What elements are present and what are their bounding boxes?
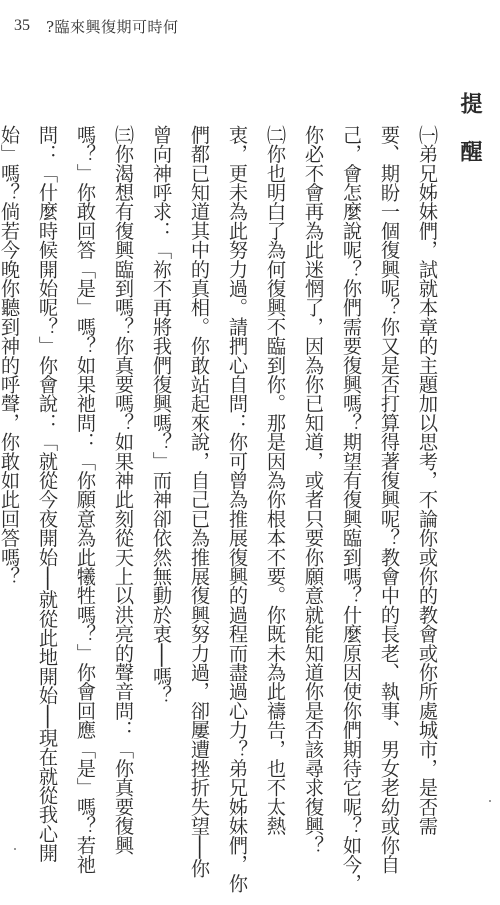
page-number: 35 <box>14 17 30 35</box>
running-title: ?臨來興復期可時何 <box>46 16 179 37</box>
running-header: 35 ?臨來興復期可時何 <box>14 14 179 38</box>
section-title: 提醒 <box>459 92 481 188</box>
text-column-4: 你必不會再為此迷惘了，因為你已知道，或者只要你願意就能知道你是否該尋求復興？ <box>294 125 332 885</box>
body-text: ㈠弟兄姊妹們，試就本章的主題加以思考，不論你或你的教會或你所處城市，是否需 要、… <box>0 125 446 885</box>
text-column-11: 問：「什麼時候開始呢？」你會說：「就從今夜開始──就從此地開始──現在就從我心開 <box>28 125 66 885</box>
text-column-10: 嗎？」你敢回答「是」嗎？如果祂問：「你願意為此犧牲嗎？」你會回應「是」嗎？若祂 <box>66 125 104 885</box>
text-column-1: ㈠弟兄姊妹們，試就本章的主題加以思考，不論你或你的教會或你所處城市，是否需 <box>408 125 446 885</box>
text-column-7: 們都已知道其中的真相。你敢站起來說，自己已為推展復興努力過，卻屢遭挫折失望──你 <box>180 125 218 885</box>
scan-speck <box>14 848 16 850</box>
text-column-9: ㈢你渴想有復興臨到嗎？你真要嗎？如果神此刻從天上以洪亮的聲音問：「你真要復興 <box>104 125 142 885</box>
scan-speck <box>489 800 491 802</box>
text-column-12: 始」嗎？倘若今晚你聽到神的呼聲，你敢如此回答嗎？ <box>0 125 28 885</box>
text-column-8: 曾向神呼求：「祢不再將我們復興嗎？」而神卻依然無動於衷──嗎？ <box>142 125 180 885</box>
text-column-2: 要、期盼一個復興呢？你又是否打算得著復興呢？教會中的長老、執事、男女老幼或你自 <box>370 125 408 885</box>
text-column-5: ㈡你也明白了為何復興不臨到你。那是因為你根本不要。你既未為此禱告，也不太熱 <box>256 125 294 885</box>
text-column-3: 己，會怎麼說呢？你們需要復興嗎？期望有復興臨到嗎？什麼原因使你們期待它呢？如今， <box>332 125 370 885</box>
text-column-6: 衷，更未為此努力過。請捫心自問：你可曾為推展復興的過程而盡過心力？弟兄姊妹們，你 <box>218 125 256 885</box>
